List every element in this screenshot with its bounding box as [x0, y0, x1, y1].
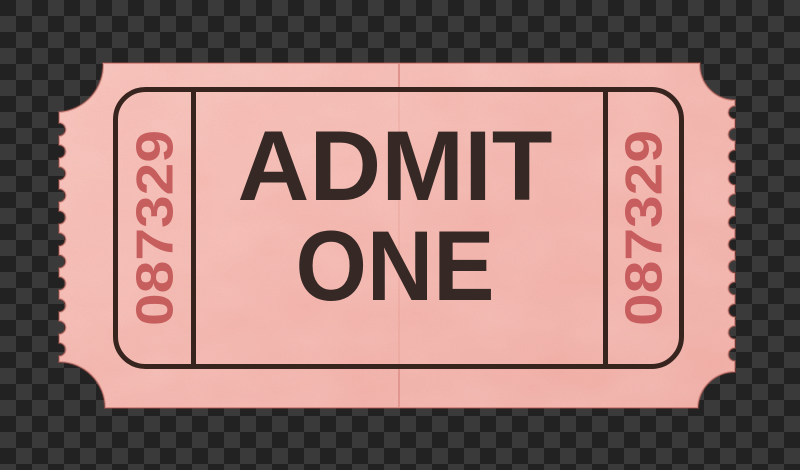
ticket: 087329 087329 ADMIT ONE [0, 0, 800, 470]
serial-number-right: 087329 [616, 130, 674, 326]
admit-text-line2: ONE [296, 210, 495, 321]
admit-text-line1: ADMIT [238, 110, 553, 221]
serial-number-left: 087329 [127, 130, 185, 326]
transparency-background: 087329 087329 ADMIT ONE [0, 0, 800, 470]
